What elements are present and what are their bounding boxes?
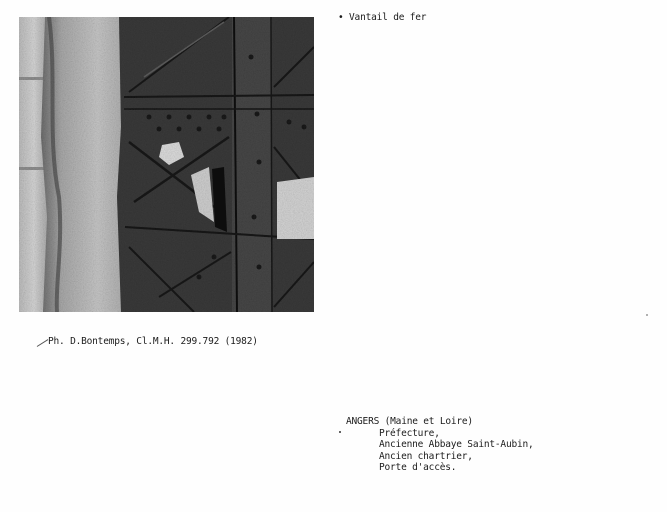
photograph-iron-door bbox=[19, 17, 314, 312]
credit-pen-mark bbox=[37, 339, 49, 347]
location-line: Ancienne Abbaye Saint-Aubin, bbox=[346, 439, 534, 451]
location-city: ANGERS (Maine et Loire) bbox=[346, 416, 534, 428]
scan-speck bbox=[646, 314, 648, 316]
location-line: Porte d'accès. bbox=[346, 462, 534, 474]
bullet-dot bbox=[339, 431, 341, 433]
location-line: Ancien chartrier, bbox=[346, 451, 534, 463]
location-block: ANGERS (Maine et Loire) Préfecture, Anci… bbox=[346, 416, 534, 474]
photo-credit: Ph. D.Bontemps, Cl.M.H. 299.792 (1982) bbox=[48, 336, 258, 347]
door-photo-illustration bbox=[19, 17, 314, 312]
location-line: Préfecture, bbox=[346, 428, 534, 440]
photo-caption-title: • Vantail de fer bbox=[338, 12, 426, 23]
